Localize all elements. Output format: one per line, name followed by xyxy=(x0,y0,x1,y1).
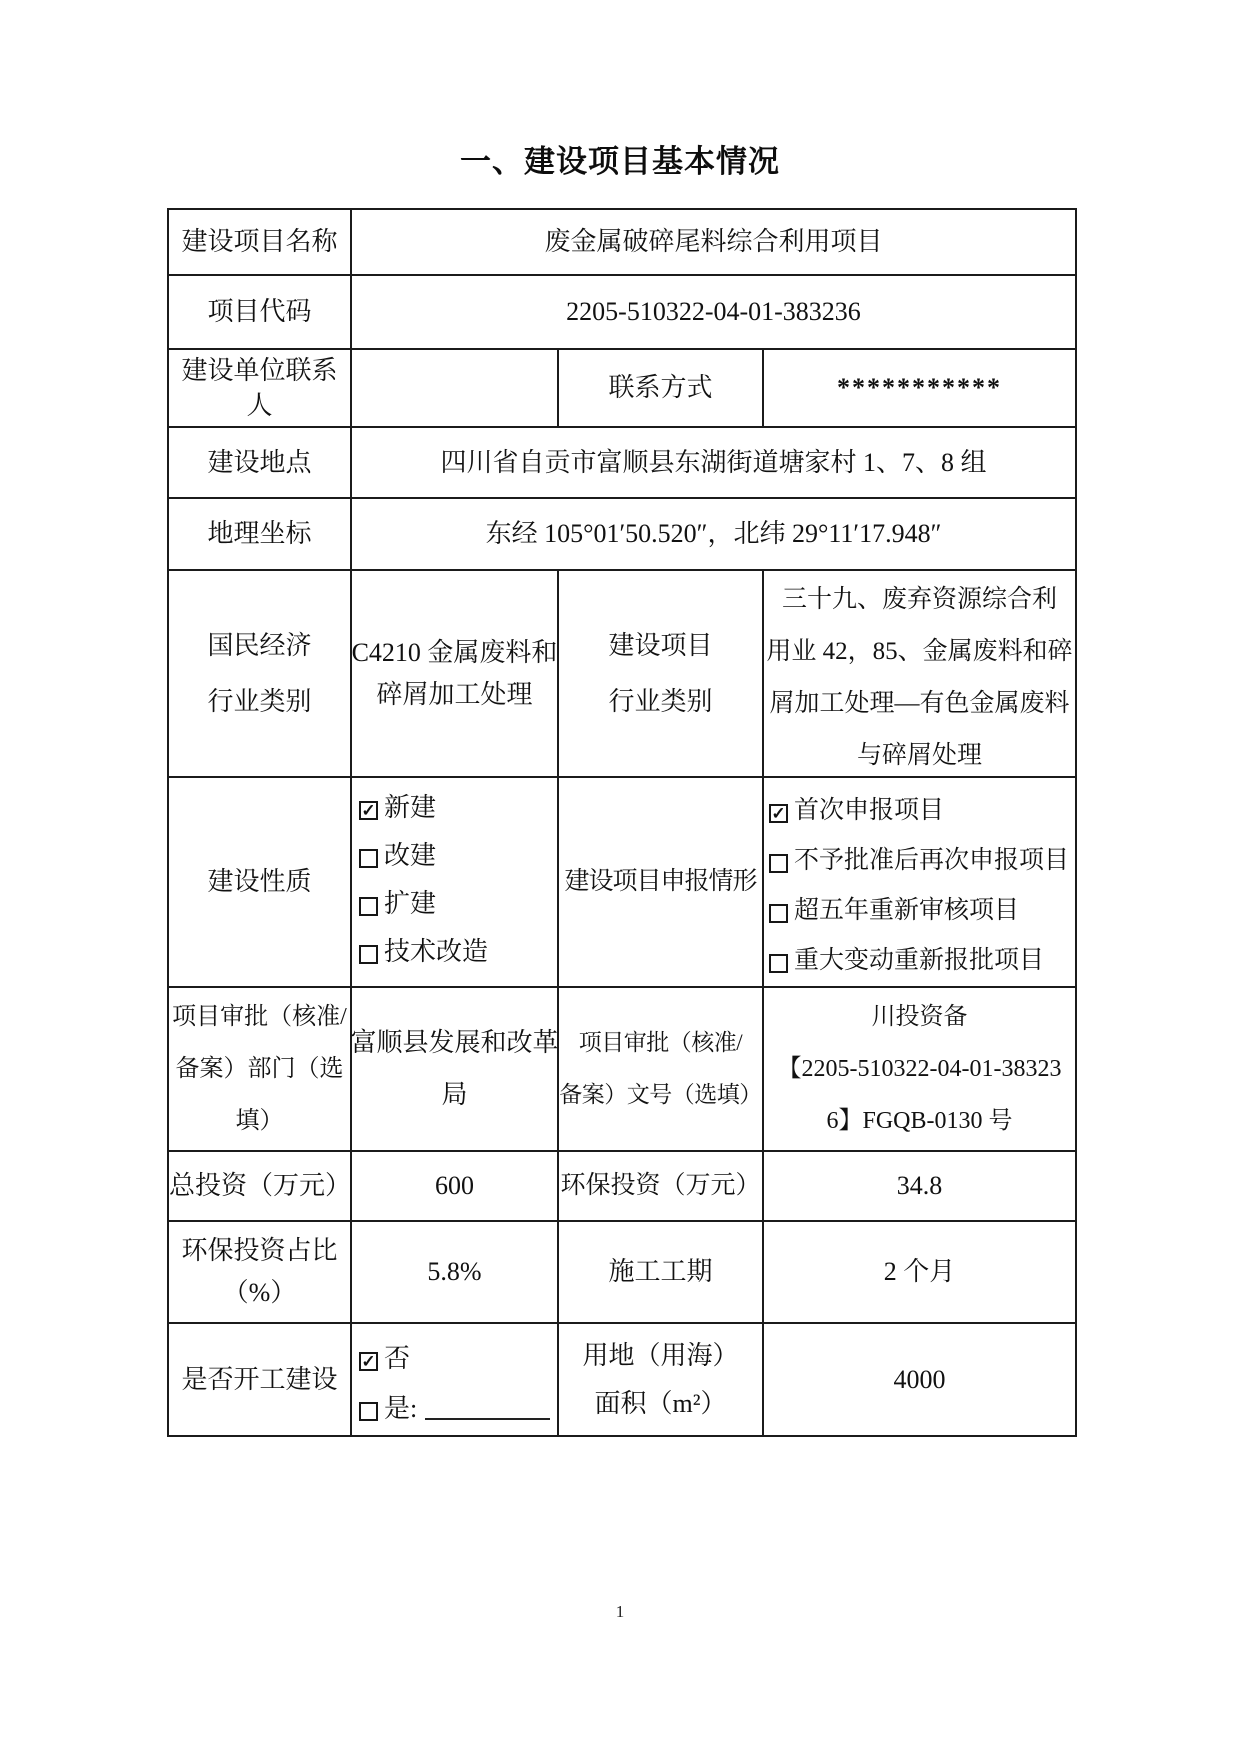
option-review-after-five-years: 超五年重新审核项目 xyxy=(769,886,1019,936)
document-page: 一、建设项目基本情况 建设项目名称 废金属破碎尾料综合利用项目 项目代码 220… xyxy=(0,0,1240,1754)
checkbox-checked-icon xyxy=(359,1352,378,1371)
option-label: 是: xyxy=(384,1384,417,1434)
construction-period-value: 2 个月 xyxy=(764,1222,1075,1324)
checkbox-unchecked-icon xyxy=(769,904,788,923)
checkbox-checked-icon xyxy=(769,804,788,823)
value-line: 川投资备 xyxy=(872,991,968,1043)
label-line: 用地（用海） xyxy=(582,1332,738,1380)
project-info-table: 建设项目名称 废金属破碎尾料综合利用项目 项目代码 2205-510322-04… xyxy=(167,208,1077,1437)
approval-document-number-value: 川投资备 【2205-510322-04-01-38323 6】FGQB-013… xyxy=(764,988,1075,1152)
contact-method-value: *********** xyxy=(764,350,1075,428)
environmental-investment-value: 34.8 xyxy=(764,1152,1075,1222)
option-label: 技术改造 xyxy=(384,928,488,976)
location-value: 四川省自贡市富顺县东湖街道塘家村 1、7、8 组 xyxy=(352,428,1075,499)
option-label: 超五年重新审核项目 xyxy=(794,886,1019,936)
contact-person-label: 建设单位联系人 xyxy=(169,350,352,428)
approval-document-number-label: 项目审批（核准/ 备案）文号（选填） xyxy=(559,988,764,1152)
construction-nature-options: 新建 改建 扩建 技术改造 xyxy=(352,778,559,988)
option-yes: 是: xyxy=(359,1384,550,1434)
page-number: 1 xyxy=(0,1602,1240,1622)
national-economy-category-value: C4210 金属废料和 碎屑加工处理 xyxy=(352,571,559,778)
declaration-situation-options: 首次申报项目 不予批准后再次申报项目 超五年重新审核项目 重大变动重新报批项目 xyxy=(764,778,1075,988)
option-label: 首次申报项目 xyxy=(794,786,944,836)
location-label: 建设地点 xyxy=(169,428,352,499)
value-line: 用业 42，85、金属废料和碎 xyxy=(766,626,1072,678)
project-code-value: 2205-510322-04-01-383236 xyxy=(352,276,1075,350)
option-no: 否 xyxy=(359,1334,410,1384)
page-title: 一、建设项目基本情况 xyxy=(0,136,1240,181)
label-line: 行业类别 xyxy=(608,674,712,730)
label-line: 国民经济 xyxy=(207,618,311,674)
checkbox-checked-icon xyxy=(359,801,378,820)
option-label: 扩建 xyxy=(384,880,436,928)
label-line: 面积（m²） xyxy=(594,1380,726,1428)
label-line: （%） xyxy=(223,1272,297,1314)
contact-person-value xyxy=(352,350,559,428)
contact-method-label: 联系方式 xyxy=(559,350,764,428)
option-label: 新建 xyxy=(384,784,436,832)
declaration-situation-label: 建设项目申报情形 xyxy=(559,778,764,988)
coordinates-label: 地理坐标 xyxy=(169,499,352,571)
value-line: 与碎屑处理 xyxy=(857,730,982,778)
construction-started-label: 是否开工建设 xyxy=(169,1324,352,1435)
checkbox-unchecked-icon xyxy=(359,945,378,964)
label-line: 环保投资占比 xyxy=(181,1230,337,1272)
national-economy-category-label: 国民经济 行业类别 xyxy=(169,571,352,778)
project-code-label: 项目代码 xyxy=(169,276,352,350)
project-name-value: 废金属破碎尾料综合利用项目 xyxy=(352,210,1075,276)
total-investment-value: 600 xyxy=(352,1152,559,1222)
option-label: 否 xyxy=(384,1334,410,1384)
project-industry-category-value: 三十九、废弃资源综合利 用业 42，85、金属废料和碎 屑加工处理—有色金属废料… xyxy=(764,571,1075,778)
option-new: 新建 xyxy=(359,784,436,832)
approval-department-value: 富顺县发展和改革 局 xyxy=(352,988,559,1152)
option-rebuild: 改建 xyxy=(359,832,436,880)
label-line: 行业类别 xyxy=(207,674,311,730)
option-label: 不予批准后再次申报项目 xyxy=(794,836,1069,886)
project-industry-category-label: 建设项目 行业类别 xyxy=(559,571,764,778)
coordinates-value: 东经 105°01′50.520″，北纬 29°11′17.948″ xyxy=(352,499,1075,571)
fill-in-blank-line xyxy=(425,1398,550,1420)
value-line: C4210 金属废料和 xyxy=(352,632,557,674)
checkbox-unchecked-icon xyxy=(769,854,788,873)
construction-period-label: 施工工期 xyxy=(559,1222,764,1324)
value-line: 屑加工处理—有色金属废料 xyxy=(769,678,1069,730)
option-label: 改建 xyxy=(384,832,436,880)
checkbox-unchecked-icon xyxy=(769,954,788,973)
approval-department-label: 项目审批（核准/ 备案）部门（选 填） xyxy=(169,988,352,1152)
value-line: 6】FGQB-0130 号 xyxy=(826,1095,1012,1147)
option-expand: 扩建 xyxy=(359,880,436,928)
checkbox-unchecked-icon xyxy=(359,849,378,868)
total-investment-label: 总投资（万元） xyxy=(169,1152,352,1222)
environmental-investment-ratio-label: 环保投资占比 （%） xyxy=(169,1222,352,1324)
environmental-investment-ratio-value: 5.8% xyxy=(352,1222,559,1324)
value-line: 局 xyxy=(441,1069,467,1121)
option-redeclare-after-rejection: 不予批准后再次申报项目 xyxy=(769,836,1069,886)
label-line: 备案）部门（选 xyxy=(176,1043,344,1095)
project-name-label: 建设项目名称 xyxy=(169,210,352,276)
option-label: 重大变动重新报批项目 xyxy=(794,936,1044,986)
checkbox-unchecked-icon xyxy=(359,897,378,916)
land-area-label: 用地（用海） 面积（m²） xyxy=(559,1324,764,1435)
value-line: 【2205-510322-04-01-38323 xyxy=(778,1043,1062,1095)
option-first-declaration: 首次申报项目 xyxy=(769,786,944,836)
value-line: 三十九、废弃资源综合利 xyxy=(782,574,1057,626)
value-line: 碎屑加工处理 xyxy=(376,674,532,716)
label-line: 项目审批（核准/ xyxy=(172,991,347,1043)
construction-started-options: 否 是: xyxy=(352,1324,559,1435)
checkbox-unchecked-icon xyxy=(359,1402,378,1421)
land-area-value: 4000 xyxy=(764,1324,1075,1435)
construction-nature-label: 建设性质 xyxy=(169,778,352,988)
option-technical-upgrade: 技术改造 xyxy=(359,928,488,976)
value-line: 富顺县发展和改革 xyxy=(352,1017,559,1069)
environmental-investment-label: 环保投资（万元） xyxy=(559,1152,764,1222)
label-line: 备案）文号（选填） xyxy=(559,1069,762,1121)
label-line: 建设项目 xyxy=(608,618,712,674)
label-line: 填） xyxy=(236,1095,284,1147)
label-line: 项目审批（核准/ xyxy=(579,1017,742,1069)
option-major-change-redeclare: 重大变动重新报批项目 xyxy=(769,936,1044,986)
